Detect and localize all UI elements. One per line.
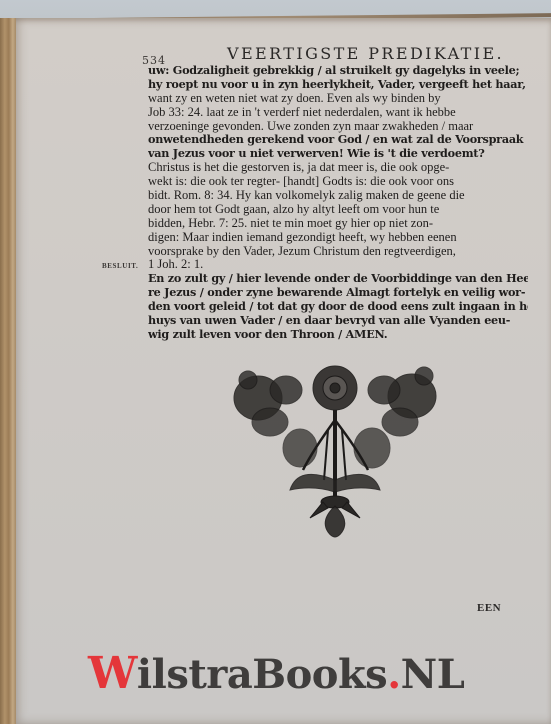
wilstrabooks-watermark: WilstraBooks.NL	[88, 652, 464, 696]
running-title: VEERTIGSTE PREDIKATIE.	[227, 44, 504, 63]
text-line: bidden, Hebr. 7: 25. niet te min moet gy…	[148, 217, 528, 231]
text-line: hy roept nu voor u in zyn heerlykheit, V…	[148, 78, 528, 92]
text-line: voorsprake by den Vader, Jezum Christum …	[148, 245, 528, 259]
text-line: want zy en weten niet wat zy doen. Even …	[148, 92, 528, 106]
text-line: wig zult leven voor den Throon / AMEN.	[148, 328, 528, 342]
text-line: digen: Maar indien iemand gezondigt heef…	[148, 231, 528, 245]
watermark-initial: W	[88, 648, 137, 699]
text-line: Christus is het die gestorven is, ja dat…	[148, 161, 528, 175]
text-line: van Jezus voor u niet verwerven! Wie is …	[148, 147, 528, 161]
text-line: door hem tot Godt gaan, alzo hy altyt le…	[148, 203, 528, 217]
sermon-text: uw: Godzaligheit gebrekkig / al struikel…	[148, 64, 528, 342]
text-line: bidt. Rom. 8: 34. Hy kan volkomelyk zali…	[148, 189, 528, 203]
book-fore-edge	[0, 18, 16, 724]
text-line: wekt is: die ook ter regter- [handt] God…	[148, 175, 528, 189]
watermark-dot: .	[387, 651, 400, 698]
text-line: verzoeninge gevonden. Uwe zonden zyn maa…	[148, 120, 528, 134]
text-line: uw: Godzaligheit gebrekkig / al struikel…	[148, 64, 528, 78]
text-line: Job 33: 24. laat ze in 't verderf niet n…	[148, 106, 528, 120]
margin-note: BESLUIT.	[102, 262, 138, 270]
floral-ornament-icon	[228, 360, 442, 545]
text-line: 1 Joh. 2: 1.	[148, 258, 528, 272]
text-line: re Jezus / onder zyne bewarende Almagt f…	[148, 286, 528, 300]
text-line: huys van uwen Vader / en daar bevryd van…	[148, 314, 528, 328]
text-line: En zo zult gy / hier levende onder de Vo…	[148, 272, 528, 286]
catchword: EEN	[477, 602, 501, 614]
watermark-suffix: NL	[401, 651, 465, 698]
text-line: den voort geleid / tot dat gy door de do…	[148, 300, 528, 314]
text-line: onwetendheden gerekend voor God / en wat…	[148, 133, 528, 147]
watermark-name: ilstraBooks	[137, 651, 387, 698]
